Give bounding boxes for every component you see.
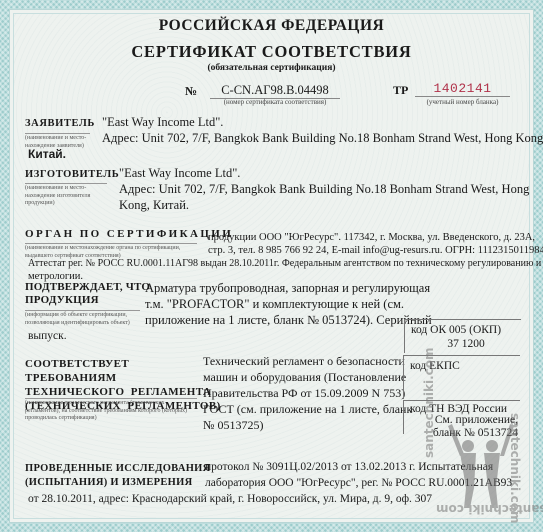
blank-number: 1402141 (415, 81, 510, 97)
certification-body-line2: стр. 3, тел. 8 985 766 92 24, E-mail inf… (208, 244, 543, 257)
manufacturer-address-line1: Адрес: Unit 702, 7/F, Bangkok Bank Build… (119, 182, 529, 197)
number-sign: № (185, 84, 197, 99)
okp-code-label: код ОК 005 (ОКП) (411, 323, 521, 337)
applicant-address-tail: Китай. (28, 147, 66, 162)
tests-label-line1: ПРОВЕДЕННЫЕ ИССЛЕДОВАНИЯ (25, 462, 211, 476)
manufacturer-label: ИЗГОТОВИТЕЛЬ (25, 169, 119, 180)
applicant-label: ЗАЯВИТЕЛЬ (25, 118, 95, 129)
regulation-label-line1: СООТВЕТСТВУЕТ ТРЕБОВАНИЯМ (25, 357, 203, 385)
tests-line3: от 28.10.2011, адрес: Краснодарский край… (28, 492, 432, 507)
certification-body-label: ОРГАН ПО СЕРТИФИКАЦИИ (25, 228, 233, 240)
regulation-line4: ГОСТ (см. приложение на 1 листе, бланк (203, 402, 412, 417)
product-line3: приложение на 1 листе, бланк № 0513724).… (145, 313, 432, 328)
applicant-name: "East Way Income Ltd". (102, 115, 223, 130)
applicant-address: Адрес: Unit 702, 7/F, Bangkok Bank Build… (102, 131, 543, 146)
regulation-caption: (наименование технического регламента (т… (25, 398, 197, 423)
tests-label-line2: (ИСПЫТАНИЯ) И ИЗМЕРЕНИЯ (25, 476, 211, 490)
regulation-line2: машин и оборудования (Постановление (203, 370, 406, 385)
product-line4: выпуск. (28, 329, 67, 344)
regulation-line1: Технический регламент о безопасности (203, 354, 405, 369)
tp-label: ТР (393, 83, 408, 98)
product-label-line2: ПРОДУКЦИЯ (25, 294, 150, 307)
tests-label: ПРОВЕДЕННЫЕ ИССЛЕДОВАНИЯ (ИСПЫТАНИЯ) И И… (25, 462, 211, 490)
product-label: ПОДТВЕРЖДАЕТ, ЧТО ПРОДУКЦИЯ (25, 281, 150, 307)
regulation-line5: № 0513725) (203, 418, 263, 433)
regulation-label-line2: ТЕХНИЧЕСКОГО РЕГЛАМЕНТА (25, 385, 203, 399)
certificate-title: СЕРТИФИКАТ СООТВЕТСТВИЯ (0, 42, 543, 62)
manufacturer-address-line2: Kong, Китай. (119, 198, 189, 213)
country-heading: РОССИЙСКАЯ ФЕДЕРАЦИЯ (0, 17, 543, 35)
certificate-number: C-CN.АГ98.В.04498 (210, 83, 340, 99)
product-line2: т.м. "PROFACTOR" и комплектующие к ней (… (145, 297, 404, 312)
certification-body-line1: продукции ООО "ЮгРесурс". 117342, г. Мос… (208, 231, 535, 244)
product-caption: (информация об объекте сертификации, поз… (25, 310, 140, 327)
watermark-text-left: santechniki.com (422, 348, 436, 458)
certificate-subtitle: (обязательная сертификация) (0, 63, 543, 73)
ekps-code-box: код ЕКПС (403, 355, 520, 399)
manufacturer-caption: (наименование и место-нахождение изготов… (25, 183, 107, 208)
blank-number-caption: (учетный номер бланка) (415, 98, 510, 106)
regulation-line3: Правительства РФ от 15.09.2009 N 753) (203, 386, 405, 401)
product-line1: Арматура трубопроводная, запорная и регу… (145, 281, 430, 296)
certification-body-line3: Аттестат рег. № РОСС RU.0001.11АГ98 выда… (28, 257, 541, 270)
certificate-number-caption: (номер сертификата соответствия) (210, 98, 340, 106)
product-label-line1: ПОДТВЕРЖДАЕТ, ЧТО (25, 281, 150, 294)
watermark: santechniki.com santechniki.com santechn… (430, 418, 528, 518)
watermark-text-bottom: santechniki.com (436, 502, 543, 516)
manufacturer-name: "East Way Income Ltd". (119, 166, 240, 181)
